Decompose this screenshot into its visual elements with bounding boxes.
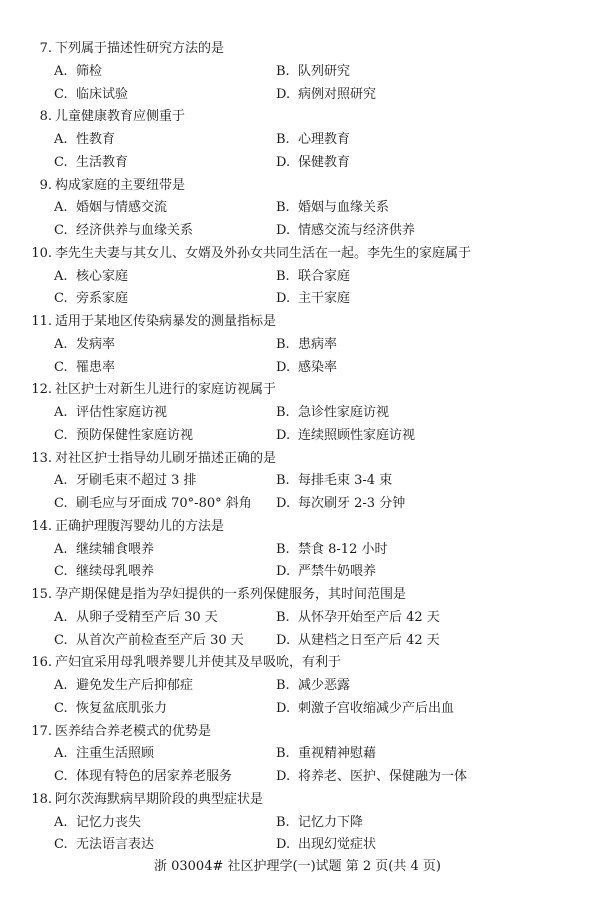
option-letter: A. bbox=[54, 61, 76, 84]
option-row: C.刷毛应与牙面成 70°-80° 斜角D.每次刷牙 2-3 分钟 bbox=[0, 493, 595, 516]
option-letter: B. bbox=[276, 470, 298, 493]
option-text: 重视精神慰藉 bbox=[298, 746, 376, 761]
question-text: 李先生夫妻与其女儿、女婿及外孙女共同生活在一起。李先生的家庭属于 bbox=[55, 243, 471, 266]
option-row: C.预防保健性家庭访视D.连续照顾性家庭访视 bbox=[0, 425, 595, 448]
question-stem: 10.李先生夫妻与其女儿、女婿及外孙女共同生活在一起。李先生的家庭属于 bbox=[0, 243, 595, 266]
option-text: 从首次产前检查至产后 30 天 bbox=[76, 633, 244, 648]
option-row: A.性教育B.心理教育 bbox=[0, 129, 595, 152]
question-text: 儿童健康教育应侧重于 bbox=[55, 106, 185, 129]
option-row: A.避免发生产后抑郁症B.减少恶露 bbox=[0, 675, 595, 698]
answer-option: B.从怀孕开始至产后 42 天 bbox=[276, 607, 440, 630]
option-text: 每排毛束 3-4 束 bbox=[298, 473, 392, 488]
option-letter: C. bbox=[54, 766, 76, 789]
option-text: 严禁牛奶喂养 bbox=[298, 564, 376, 579]
option-letter: B. bbox=[276, 539, 298, 562]
question-number: 10. bbox=[0, 243, 52, 266]
option-text: 旁系家庭 bbox=[76, 291, 128, 306]
option-text: 出现幻觉症状 bbox=[298, 837, 376, 852]
option-text: 保健教育 bbox=[298, 155, 350, 170]
question-number: 13. bbox=[0, 448, 52, 471]
option-row: A.注重生活照顾B.重视精神慰藉 bbox=[0, 743, 595, 766]
option-row: C.体现有特色的居家养老服务D.将养老、医护、保健融为一体 bbox=[0, 766, 595, 789]
option-letter: B. bbox=[276, 129, 298, 152]
option-letter: B. bbox=[276, 675, 298, 698]
option-row: C.旁系家庭D.主干家庭 bbox=[0, 288, 595, 311]
option-text: 记忆力丧失 bbox=[76, 815, 141, 830]
question-number: 12. bbox=[0, 379, 52, 402]
question-text: 社区护士对新生儿进行的家庭访视属于 bbox=[55, 379, 276, 402]
option-text: 恢复盆底肌张力 bbox=[76, 701, 167, 716]
option-row: A.继续辅食喂养B.禁食 8-12 小时 bbox=[0, 539, 595, 562]
question-stem: 15.孕产期保健是指为孕妇提供的一系列保健服务，其时间范围是 bbox=[0, 584, 595, 607]
answer-option: C.恢复盆底肌张力 bbox=[54, 698, 167, 721]
option-text: 发病率 bbox=[76, 337, 115, 352]
answer-option: C.旁系家庭 bbox=[54, 288, 128, 311]
question-stem: 8.儿童健康教育应侧重于 bbox=[0, 106, 595, 129]
question-text: 孕产期保健是指为孕妇提供的一系列保健服务，其时间范围是 bbox=[55, 584, 406, 607]
question-stem: 7.下列属于描述性研究方法的是 bbox=[0, 38, 595, 61]
answer-option: C.经济供养与血缘关系 bbox=[54, 220, 193, 243]
option-letter: A. bbox=[54, 675, 76, 698]
answer-option: D.严禁牛奶喂养 bbox=[276, 561, 376, 584]
answer-option: C.无法语言表达 bbox=[54, 834, 154, 857]
question-number: 7. bbox=[0, 38, 52, 61]
answer-option: C.预防保健性家庭访视 bbox=[54, 425, 193, 448]
option-text: 队列研究 bbox=[298, 64, 350, 79]
option-letter: D. bbox=[276, 357, 298, 380]
question-number: 11. bbox=[0, 311, 52, 334]
answer-option: A.记忆力丧失 bbox=[54, 812, 141, 835]
option-letter: C. bbox=[54, 84, 76, 107]
option-letter: B. bbox=[276, 61, 298, 84]
answer-option: C.体现有特色的居家养老服务 bbox=[54, 766, 232, 789]
option-row: A.核心家庭B.联合家庭 bbox=[0, 266, 595, 289]
option-letter: D. bbox=[276, 493, 298, 516]
option-text: 生活教育 bbox=[76, 155, 128, 170]
question-text: 下列属于描述性研究方法的是 bbox=[55, 38, 224, 61]
answer-option: B.急诊性家庭访视 bbox=[276, 402, 389, 425]
option-text: 从卵子受精至产后 30 天 bbox=[76, 610, 218, 625]
option-letter: D. bbox=[276, 561, 298, 584]
option-letter: A. bbox=[54, 334, 76, 357]
option-letter: B. bbox=[276, 607, 298, 630]
option-text: 将养老、医护、保健融为一体 bbox=[298, 769, 467, 784]
answer-option: B.队列研究 bbox=[276, 61, 350, 84]
answer-option: C.罹患率 bbox=[54, 357, 115, 380]
option-letter: A. bbox=[54, 812, 76, 835]
answer-option: D.感染率 bbox=[276, 357, 337, 380]
option-letter: A. bbox=[54, 129, 76, 152]
option-letter: A. bbox=[54, 539, 76, 562]
option-letter: C. bbox=[54, 220, 76, 243]
answer-option: A.避免发生产后抑郁症 bbox=[54, 675, 193, 698]
question-stem: 14.正确护理腹泻婴幼儿的方法是 bbox=[0, 516, 595, 539]
question-text: 产妇宜采用母乳喂养婴儿并使其及早吸吮，有利于 bbox=[55, 652, 341, 675]
option-text: 连续照顾性家庭访视 bbox=[298, 428, 415, 443]
answer-option: B.联合家庭 bbox=[276, 266, 350, 289]
answer-option: C.继续母乳喂养 bbox=[54, 561, 154, 584]
option-letter: A. bbox=[54, 266, 76, 289]
answer-option: A.筛检 bbox=[54, 61, 102, 84]
option-letter: D. bbox=[276, 84, 298, 107]
option-text: 评估性家庭访视 bbox=[76, 405, 167, 420]
answer-option: A.牙刷毛束不超过 3 排 bbox=[54, 470, 197, 493]
option-letter: D. bbox=[276, 220, 298, 243]
answer-option: D.保健教育 bbox=[276, 152, 350, 175]
answer-option: A.注重生活照顾 bbox=[54, 743, 154, 766]
option-letter: A. bbox=[54, 743, 76, 766]
option-letter: B. bbox=[276, 812, 298, 835]
option-letter: B. bbox=[276, 266, 298, 289]
answer-option: A.发病率 bbox=[54, 334, 115, 357]
option-text: 病例对照研究 bbox=[298, 87, 376, 102]
option-text: 性教育 bbox=[76, 132, 115, 147]
option-letter: D. bbox=[276, 425, 298, 448]
answer-option: B.禁食 8-12 小时 bbox=[276, 539, 387, 562]
option-letter: C. bbox=[54, 698, 76, 721]
option-text: 经济供养与血缘关系 bbox=[76, 223, 193, 238]
option-text: 避免发生产后抑郁症 bbox=[76, 678, 193, 693]
answer-option: B.重视精神慰藉 bbox=[276, 743, 376, 766]
option-text: 体现有特色的居家养老服务 bbox=[76, 769, 232, 784]
option-row: C.经济供养与血缘关系D.情感交流与经济供养 bbox=[0, 220, 595, 243]
answer-option: C.从首次产前检查至产后 30 天 bbox=[54, 630, 244, 653]
option-row: C.继续母乳喂养D.严禁牛奶喂养 bbox=[0, 561, 595, 584]
answer-option: D.从建档之日至产后 42 天 bbox=[276, 630, 440, 653]
option-letter: C. bbox=[54, 152, 76, 175]
option-row: C.罹患率D.感染率 bbox=[0, 357, 595, 380]
option-text: 感染率 bbox=[298, 360, 337, 375]
option-row: A.评估性家庭访视B.急诊性家庭访视 bbox=[0, 402, 595, 425]
answer-option: B.每排毛束 3-4 束 bbox=[276, 470, 392, 493]
question-text: 构成家庭的主要纽带是 bbox=[55, 175, 185, 198]
option-row: A.从卵子受精至产后 30 天B.从怀孕开始至产后 42 天 bbox=[0, 607, 595, 630]
option-letter: B. bbox=[276, 197, 298, 220]
answer-option: C.刷毛应与牙面成 70°-80° 斜角 bbox=[54, 493, 252, 516]
option-text: 刷毛应与牙面成 70°-80° 斜角 bbox=[76, 496, 252, 511]
option-row: A.记忆力丧失B.记忆力下降 bbox=[0, 812, 595, 835]
question-stem: 12.社区护士对新生儿进行的家庭访视属于 bbox=[0, 379, 595, 402]
option-letter: C. bbox=[54, 425, 76, 448]
answer-option: A.继续辅食喂养 bbox=[54, 539, 154, 562]
option-text: 心理教育 bbox=[298, 132, 350, 147]
option-text: 临床试验 bbox=[76, 87, 128, 102]
option-letter: D. bbox=[276, 152, 298, 175]
option-text: 罹患率 bbox=[76, 360, 115, 375]
option-letter: A. bbox=[54, 470, 76, 493]
option-text: 禁食 8-12 小时 bbox=[298, 542, 387, 557]
option-text: 继续辅食喂养 bbox=[76, 542, 154, 557]
option-row: C.恢复盆底肌张力D.刺激子宫收缩减少产后出血 bbox=[0, 698, 595, 721]
option-text: 主干家庭 bbox=[298, 291, 350, 306]
option-letter: A. bbox=[54, 402, 76, 425]
answer-option: B.患病率 bbox=[276, 334, 337, 357]
answer-option: D.每次刷牙 2-3 分钟 bbox=[276, 493, 405, 516]
option-text: 筛检 bbox=[76, 64, 102, 79]
option-text: 婚姻与血缘关系 bbox=[298, 200, 389, 215]
option-text: 预防保健性家庭访视 bbox=[76, 428, 193, 443]
option-row: C.临床试验D.病例对照研究 bbox=[0, 84, 595, 107]
option-text: 记忆力下降 bbox=[298, 815, 363, 830]
option-letter: A. bbox=[54, 607, 76, 630]
option-letter: D. bbox=[276, 766, 298, 789]
answer-option: A.评估性家庭访视 bbox=[54, 402, 167, 425]
option-text: 情感交流与经济供养 bbox=[298, 223, 415, 238]
question-number: 18. bbox=[0, 789, 52, 812]
option-text: 无法语言表达 bbox=[76, 837, 154, 852]
exam-page: 7.下列属于描述性研究方法的是A.筛检B.队列研究C.临床试验D.病例对照研究8… bbox=[0, 38, 595, 857]
option-row: A.发病率B.患病率 bbox=[0, 334, 595, 357]
answer-option: A.性教育 bbox=[54, 129, 115, 152]
question-number: 8. bbox=[0, 106, 52, 129]
option-text: 继续母乳喂养 bbox=[76, 564, 154, 579]
option-letter: B. bbox=[276, 334, 298, 357]
option-letter: C. bbox=[54, 493, 76, 516]
option-letter: C. bbox=[54, 630, 76, 653]
question-stem: 11.适用于某地区传染病暴发的测量指标是 bbox=[0, 311, 595, 334]
option-row: C.从首次产前检查至产后 30 天D.从建档之日至产后 42 天 bbox=[0, 630, 595, 653]
answer-option: A.婚姻与情感交流 bbox=[54, 197, 167, 220]
answer-option: D.主干家庭 bbox=[276, 288, 350, 311]
option-letter: C. bbox=[54, 357, 76, 380]
option-text: 从建档之日至产后 42 天 bbox=[298, 633, 440, 648]
question-stem: 9.构成家庭的主要纽带是 bbox=[0, 175, 595, 198]
answer-option: A.核心家庭 bbox=[54, 266, 128, 289]
option-letter: A. bbox=[54, 197, 76, 220]
answer-option: D.刺激子宫收缩减少产后出血 bbox=[276, 698, 454, 721]
option-row: C.生活教育D.保健教育 bbox=[0, 152, 595, 175]
question-number: 15. bbox=[0, 584, 52, 607]
question-stem: 13.对社区护士指导幼儿刷牙描述正确的是 bbox=[0, 448, 595, 471]
option-row: A.牙刷毛束不超过 3 排B.每排毛束 3-4 束 bbox=[0, 470, 595, 493]
option-letter: C. bbox=[54, 561, 76, 584]
answer-option: A.从卵子受精至产后 30 天 bbox=[54, 607, 218, 630]
answer-option: D.将养老、医护、保健融为一体 bbox=[276, 766, 467, 789]
question-text: 适用于某地区传染病暴发的测量指标是 bbox=[55, 311, 276, 334]
question-text: 阿尔茨海默病早期阶段的典型症状是 bbox=[55, 789, 263, 812]
page-footer: 浙 03004# 社区护理学(一)试题 第 2 页(共 4 页) bbox=[0, 858, 595, 876]
answer-option: B.婚姻与血缘关系 bbox=[276, 197, 389, 220]
question-stem: 16.产妇宜采用母乳喂养婴儿并使其及早吸吮，有利于 bbox=[0, 652, 595, 675]
answer-option: C.临床试验 bbox=[54, 84, 128, 107]
option-letter: B. bbox=[276, 402, 298, 425]
answer-option: C.生活教育 bbox=[54, 152, 128, 175]
option-letter: D. bbox=[276, 630, 298, 653]
option-text: 急诊性家庭访视 bbox=[298, 405, 389, 420]
answer-option: D.病例对照研究 bbox=[276, 84, 376, 107]
question-number: 17. bbox=[0, 721, 52, 744]
option-text: 婚姻与情感交流 bbox=[76, 200, 167, 215]
answer-option: B.记忆力下降 bbox=[276, 812, 363, 835]
answer-option: B.心理教育 bbox=[276, 129, 350, 152]
option-row: A.筛检B.队列研究 bbox=[0, 61, 595, 84]
answer-option: B.减少恶露 bbox=[276, 675, 350, 698]
question-number: 14. bbox=[0, 516, 52, 539]
option-text: 核心家庭 bbox=[76, 269, 128, 284]
question-stem: 18.阿尔茨海默病早期阶段的典型症状是 bbox=[0, 789, 595, 812]
option-text: 注重生活照顾 bbox=[76, 746, 154, 761]
option-row: A.婚姻与情感交流B.婚姻与血缘关系 bbox=[0, 197, 595, 220]
option-text: 牙刷毛束不超过 3 排 bbox=[76, 473, 197, 488]
option-text: 每次刷牙 2-3 分钟 bbox=[298, 496, 405, 511]
answer-option: D.连续照顾性家庭访视 bbox=[276, 425, 415, 448]
option-text: 刺激子宫收缩减少产后出血 bbox=[298, 701, 454, 716]
question-text: 医养结合养老模式的优势是 bbox=[55, 721, 211, 744]
option-letter: D. bbox=[276, 834, 298, 857]
option-text: 患病率 bbox=[298, 337, 337, 352]
option-letter: C. bbox=[54, 288, 76, 311]
option-letter: B. bbox=[276, 743, 298, 766]
option-row: C.无法语言表达D.出现幻觉症状 bbox=[0, 834, 595, 857]
option-letter: C. bbox=[54, 834, 76, 857]
answer-option: D.出现幻觉症状 bbox=[276, 834, 376, 857]
question-number: 16. bbox=[0, 652, 52, 675]
question-text: 对社区护士指导幼儿刷牙描述正确的是 bbox=[55, 448, 276, 471]
question-stem: 17.医养结合养老模式的优势是 bbox=[0, 721, 595, 744]
option-letter: D. bbox=[276, 288, 298, 311]
question-text: 正确护理腹泻婴幼儿的方法是 bbox=[55, 516, 224, 539]
option-text: 从怀孕开始至产后 42 天 bbox=[298, 610, 440, 625]
answer-option: D.情感交流与经济供养 bbox=[276, 220, 415, 243]
option-text: 减少恶露 bbox=[298, 678, 350, 693]
question-number: 9. bbox=[0, 175, 52, 198]
option-letter: D. bbox=[276, 698, 298, 721]
option-text: 联合家庭 bbox=[298, 269, 350, 284]
